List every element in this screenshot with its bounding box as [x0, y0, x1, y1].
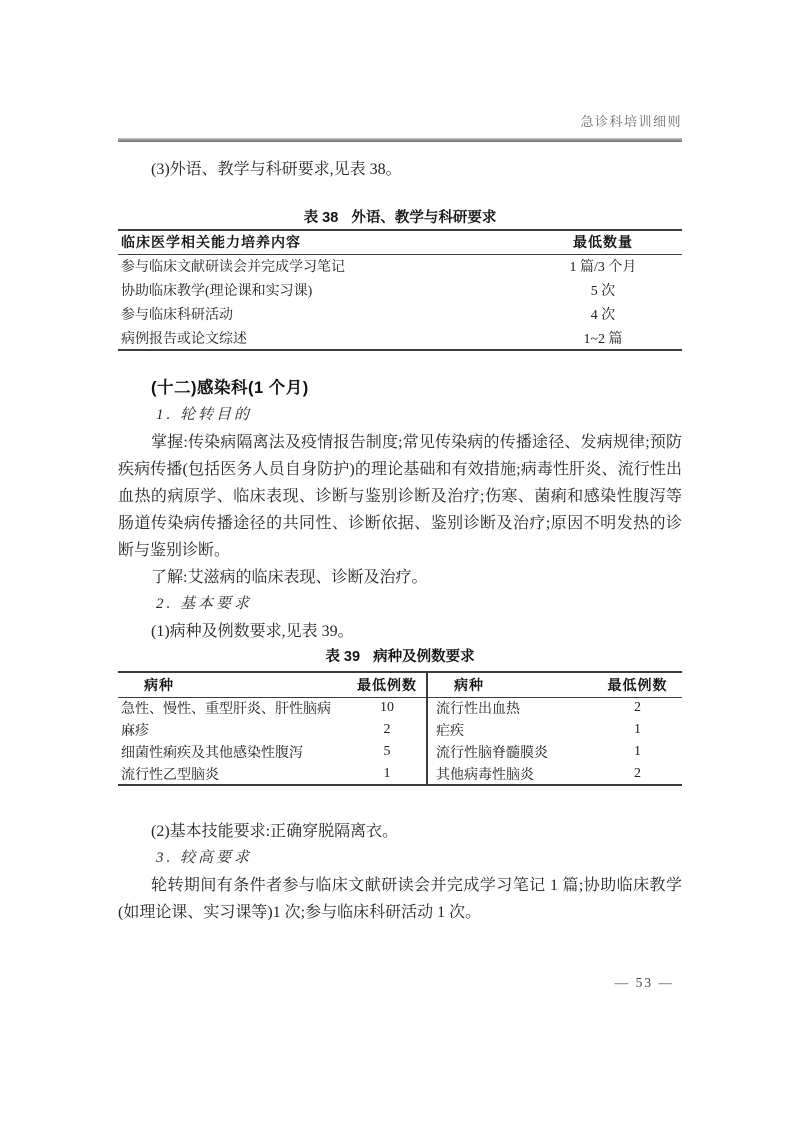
table39-caption: 表 39病种及例数要求: [118, 648, 682, 666]
document-page: 急诊科培训细则 (3)外语、教学与科研要求,见表 38。 表 38外语、教学与科…: [0, 0, 800, 1131]
table39-cell-disease: 细菌性痢疾及其他感染性腹泻: [118, 741, 348, 763]
table38-header-content: 临床医学相关能力培养内容: [118, 230, 524, 254]
table-39: 病种 最低例数 病种 最低例数 急性、慢性、重型肝炎、肝性脑病 10 流行性出血…: [118, 671, 682, 786]
basic-requirements-heading: 2. 基本要求: [118, 591, 682, 618]
requirement-2-paragraph: (2)基本技能要求:正确穿脱隔离衣。: [118, 818, 682, 845]
table39-cell-min: 1: [348, 763, 427, 785]
table38-cell-content: 协助临床教学(理论课和实习课): [118, 278, 524, 302]
table39-cell-disease: 疟疾: [427, 719, 593, 741]
table-row: 急性、慢性、重型肝炎、肝性脑病 10 流行性出血热 2: [118, 697, 682, 719]
table39-cell-disease: 流行性乙型脑炎: [118, 763, 348, 785]
page-content: 急诊科培训细则 (3)外语、教学与科研要求,见表 38。 表 38外语、教学与科…: [118, 0, 682, 991]
rotation-purpose-heading: 1. 轮转目的: [118, 402, 682, 429]
table38-header-row: 临床医学相关能力培养内容 最低数量: [118, 230, 682, 254]
table-row: 流行性乙型脑炎 1 其他病毒性脑炎 2: [118, 763, 682, 785]
table39-cell-disease: 流行性出血热: [427, 697, 593, 719]
advanced-requirements-paragraph: 轮转期间有条件者参与临床文献研读会并完成学习笔记 1 篇;协助临床教学(如理论课…: [118, 872, 682, 926]
table38-cell-content: 参与临床文献研读会并完成学习笔记: [118, 254, 524, 278]
table39-header-row: 病种 最低例数 病种 最低例数: [118, 672, 682, 697]
table38-cell-min: 1 篇/3 个月: [524, 254, 682, 278]
intro-paragraph: (3)外语、教学与科研要求,见表 38。: [118, 156, 682, 183]
table39-header-disease-left: 病种: [118, 672, 348, 697]
table39-cell-min: 2: [593, 697, 682, 719]
table39-cell-min: 2: [593, 763, 682, 785]
table38-cell-content: 参与临床科研活动: [118, 302, 524, 326]
page-number: — 53 —: [118, 974, 682, 991]
table39-cell-disease: 急性、慢性、重型肝炎、肝性脑病: [118, 697, 348, 719]
table38-cell-min: 4 次: [524, 302, 682, 326]
understand-paragraph: 了解:艾滋病的临床表现、诊断及治疗。: [118, 564, 682, 591]
advanced-requirements-heading: 3. 较高要求: [118, 845, 682, 872]
table-row: 细菌性痢疾及其他感染性腹泻 5 流行性脑脊髓膜炎 1: [118, 741, 682, 763]
table39-header-min-left: 最低例数: [348, 672, 427, 697]
running-header: 急诊科培训细则: [118, 0, 682, 130]
requirement-1-paragraph: (1)病种及例数要求,见表 39。: [118, 618, 682, 645]
table39-cell-disease: 麻疹: [118, 719, 348, 741]
table39-caption-label: 表 39: [325, 649, 360, 665]
table39-cell-min: 10: [348, 697, 427, 719]
section-heading: (十二)感染科(1 个月): [118, 375, 682, 402]
table-row: 病例报告或论文综述 1~2 篇: [118, 326, 682, 350]
table38-header-min: 最低数量: [524, 230, 682, 254]
table39-header-disease-right: 病种: [427, 672, 593, 697]
table39-cell-disease: 流行性脑脊髓膜炎: [427, 741, 593, 763]
table38-cell-min: 1~2 篇: [524, 326, 682, 350]
table-row: 麻疹 2 疟疾 1: [118, 719, 682, 741]
table38-cell-min: 5 次: [524, 278, 682, 302]
table39-cell-disease: 其他病毒性脑炎: [427, 763, 593, 785]
table-38: 临床医学相关能力培养内容 最低数量 参与临床文献研读会并完成学习笔记 1 篇/3…: [118, 229, 682, 351]
table38-caption: 表 38外语、教学与科研要求: [118, 209, 682, 227]
master-requirements-paragraph: 掌握:传染病隔离法及疫情报告制度;常见传染病的传播途径、发病规律;预防疾病传播(…: [118, 429, 682, 564]
table39-cell-min: 5: [348, 741, 427, 763]
table39-cell-min: 1: [593, 719, 682, 741]
header-rule: [118, 138, 682, 142]
table39-caption-title: 病种及例数要求: [373, 649, 475, 665]
table-row: 参与临床科研活动 4 次: [118, 302, 682, 326]
table38-caption-title: 外语、教学与科研要求: [351, 210, 496, 226]
table39-cell-min: 1: [593, 741, 682, 763]
table38-cell-content: 病例报告或论文综述: [118, 326, 524, 350]
table-row: 参与临床文献研读会并完成学习笔记 1 篇/3 个月: [118, 254, 682, 278]
table38-caption-label: 表 38: [304, 210, 339, 226]
table-row: 协助临床教学(理论课和实习课) 5 次: [118, 278, 682, 302]
table39-cell-min: 2: [348, 719, 427, 741]
table39-header-min-right: 最低例数: [593, 672, 682, 697]
